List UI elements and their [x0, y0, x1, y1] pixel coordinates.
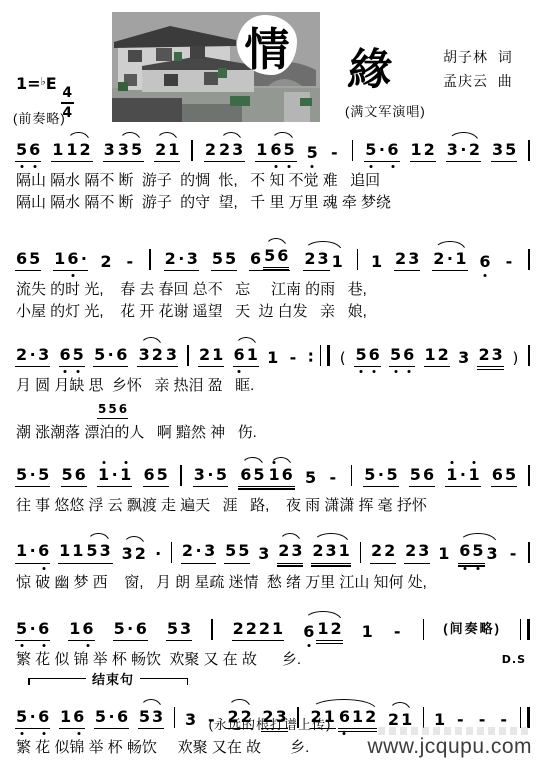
note: 2	[438, 346, 449, 364]
note: 3	[492, 346, 503, 364]
barline	[357, 249, 359, 270]
note: 3	[447, 141, 458, 159]
note-group: 23	[218, 141, 244, 159]
note: 5	[472, 542, 483, 560]
barline	[528, 249, 530, 270]
note: ·	[460, 141, 467, 159]
note: -	[507, 545, 520, 563]
note: 1	[59, 542, 70, 560]
prelude-note: (前奏略)	[13, 108, 66, 127]
note: 6	[38, 542, 49, 560]
note-group: 5·6	[93, 346, 128, 367]
note: 2	[424, 141, 435, 159]
note: 6	[234, 346, 245, 364]
note: 2	[395, 250, 406, 268]
note: 2	[233, 620, 244, 638]
note: 1	[272, 620, 283, 638]
note-group: 55	[224, 542, 250, 563]
note: 3	[291, 542, 302, 560]
note-group: 65	[491, 466, 517, 487]
note: 6	[144, 466, 155, 484]
note: ·	[155, 545, 162, 563]
annotation: (间奏略)	[443, 618, 501, 637]
note: 6	[369, 346, 380, 364]
note-group: 23	[404, 542, 430, 563]
sheet-music-page: 1=♭E44 (前奏略) 情 緣 胡	[0, 0, 540, 760]
note: 1	[52, 141, 63, 159]
note-group: 335	[103, 141, 144, 162]
note: -	[326, 469, 339, 487]
barline	[528, 465, 530, 486]
note: 5	[108, 402, 116, 416]
note: 5	[212, 250, 223, 268]
note: 6	[282, 466, 293, 484]
note-group: 12	[410, 141, 436, 162]
barline	[352, 140, 354, 161]
note-group: 16·	[53, 250, 88, 271]
note: 1	[16, 542, 27, 560]
note-group: 22	[370, 542, 396, 563]
music-system: 56112335212231655-5·6123·235隔山 隔水 隔不 断 游…	[12, 130, 534, 213]
site-watermark: www.jcqupu.com	[367, 735, 532, 759]
notation-row: 6516·2-2·3556562311232·16-	[12, 237, 534, 278]
note: 5	[355, 346, 366, 364]
note: 5	[238, 542, 249, 560]
note-group: 612	[302, 620, 343, 641]
note-group: 56	[354, 346, 380, 367]
note-group: 56	[15, 141, 41, 162]
note: 1	[247, 346, 258, 364]
note-group: 5·6	[113, 620, 148, 641]
note-group: 65	[15, 250, 41, 271]
note-group: 23	[477, 346, 503, 367]
note: 6	[423, 466, 434, 484]
note-group: 32	[138, 346, 164, 364]
note-group: 61	[233, 346, 259, 367]
note: 5	[157, 466, 168, 484]
lyricist-credit: 胡子林 词	[443, 47, 513, 67]
key-note: E	[46, 74, 57, 93]
note: 5	[364, 466, 375, 484]
ending-label: 结束句	[86, 669, 140, 688]
note: 3	[418, 542, 429, 560]
note: 1	[317, 620, 328, 638]
note: 5	[86, 542, 97, 560]
notation-row: 2·3655·632321611-∶(565612323)	[12, 335, 534, 374]
note: 5	[284, 141, 295, 159]
note: 6	[29, 141, 40, 159]
note: 3	[122, 545, 133, 563]
note-group: 1·1	[97, 466, 132, 487]
note: 6	[240, 466, 251, 484]
barline	[149, 249, 151, 270]
note: 6	[303, 623, 314, 641]
note: 6	[479, 253, 490, 271]
note-group: 16	[268, 466, 294, 484]
note: 5	[16, 141, 27, 159]
note: 2	[165, 250, 176, 268]
note-group: 55	[211, 250, 237, 271]
note: 5	[98, 402, 106, 416]
note-group: 35	[117, 141, 143, 159]
note-group: 231	[302, 250, 343, 271]
note: 3	[187, 250, 198, 268]
note-group: 56	[389, 346, 415, 367]
note-group: 65	[239, 466, 265, 484]
note: 2	[278, 542, 289, 560]
note-group: 223	[204, 141, 245, 162]
fraction-line	[61, 102, 74, 104]
notation-row: 1·6115332·2·35532323122231653-	[12, 532, 534, 571]
note: 2	[469, 141, 480, 159]
note-group: 16	[68, 620, 94, 641]
note: 2	[205, 141, 216, 159]
note-group: 23	[303, 250, 329, 271]
lyrics-row: 小屋 的灯 光, 花 开 花谢 遥望 天 边 白发 亲 娘,	[16, 303, 534, 322]
note: ·	[446, 250, 453, 268]
barline	[320, 345, 330, 366]
note-group: 35	[491, 141, 517, 162]
music-system: 5·5561·1653·565165-5·5561·165往 事 悠悠 浮 云 …	[12, 455, 534, 516]
note: -	[391, 623, 404, 641]
music-system: 5·6165·65322216121-(间奏略)繁 花 似 锦 举 杯 畅饮 欢…	[12, 608, 534, 670]
note: 2	[219, 141, 230, 159]
barline	[520, 619, 530, 640]
note: 1	[66, 141, 77, 159]
key-eq: 1=	[16, 74, 41, 93]
note-group: 653	[457, 542, 498, 563]
note: 2	[330, 620, 341, 638]
note: 1	[362, 623, 373, 641]
lyrics-row: 潮 涨潮落 漂泊的人 啊 黯然 神 伤.	[16, 424, 534, 443]
note-group: 23	[277, 542, 303, 563]
note: 2	[155, 141, 166, 159]
note-group: 323	[137, 346, 178, 367]
note: 3	[317, 250, 328, 268]
note: 1	[54, 250, 65, 268]
note-group: 1·6	[15, 542, 50, 563]
note-group: 5·6	[15, 620, 50, 641]
note: 6	[116, 346, 127, 364]
note-group: 23	[394, 250, 420, 271]
note: 6	[277, 247, 288, 265]
note-group: 21	[154, 141, 180, 162]
note: 3	[194, 466, 205, 484]
note-group: 1153	[58, 542, 113, 563]
note-group: 65	[143, 466, 169, 487]
note: 2	[246, 620, 257, 638]
note: 1	[339, 542, 350, 560]
note: 5	[16, 620, 27, 638]
note: 2	[199, 346, 210, 364]
note: 6	[387, 141, 398, 159]
note: ·	[111, 466, 118, 484]
note-group: 65	[458, 542, 484, 563]
note: 2	[16, 346, 27, 364]
note-group: 112	[51, 141, 92, 162]
note: 2	[433, 250, 444, 268]
note-group: 65	[59, 346, 85, 367]
note: 5	[390, 346, 401, 364]
lyrics-row: 往 事 悠悠 浮 云 飘渡 走 遍天 涯 路, 夜 雨 潇潇 挥 毫 抒怀	[16, 497, 534, 516]
note: 1	[69, 620, 80, 638]
note-group: 3·2	[446, 141, 481, 162]
note: 1	[468, 466, 479, 484]
note: 3	[118, 141, 129, 159]
performer-note: (满文军演唱)	[345, 101, 426, 120]
lyrics-row: 月 圆 月缺 思 乡怀 亲 热泪 盈 眶.	[16, 377, 534, 396]
note: -	[328, 144, 341, 162]
note: 3	[258, 545, 269, 563]
barline	[211, 619, 213, 640]
note-group: 5·6	[364, 141, 399, 162]
note: 2	[384, 542, 395, 560]
barline	[528, 542, 530, 563]
note-group: 56	[409, 466, 435, 487]
note-group: 53	[166, 620, 192, 641]
note: 5	[307, 144, 318, 162]
barline	[528, 140, 530, 161]
note: 3	[458, 349, 469, 367]
note: 1	[446, 466, 457, 484]
music-system: 1·6115332·2·35532323122231653-惊 破 幽 梦 西 …	[12, 532, 534, 593]
note: ·	[29, 542, 36, 560]
note: 1	[120, 466, 131, 484]
note-group: 231	[311, 542, 350, 563]
note: -	[123, 253, 136, 271]
note: ·	[29, 346, 36, 364]
note-group: 2·3	[15, 346, 50, 367]
note: ·	[29, 620, 36, 638]
note: 5	[216, 466, 227, 484]
note: 5	[114, 620, 125, 638]
note: 6	[250, 250, 261, 268]
note: )	[512, 350, 519, 367]
note: 2	[100, 253, 111, 271]
note: 5	[16, 466, 27, 484]
note: 2	[405, 542, 416, 560]
note-group: 2·1	[432, 250, 467, 271]
note: 1	[256, 141, 267, 159]
notation-row: 5·6165·65322216121-(间奏略)	[12, 608, 534, 648]
note-group: 65	[269, 141, 295, 159]
note: 1	[438, 545, 449, 563]
note-group: 5·5	[363, 466, 398, 487]
note: 5	[29, 250, 40, 268]
note: 6	[67, 250, 78, 268]
note: 5	[225, 250, 236, 268]
barline	[187, 345, 189, 366]
note: 6	[38, 620, 49, 638]
notation-row: 5·5561·1653·565165-5·5561·165	[12, 455, 534, 494]
note: 2	[182, 542, 193, 560]
note: 5	[62, 466, 73, 484]
note-group: 2·3	[181, 542, 216, 563]
note: ·	[195, 542, 202, 560]
note: 5	[253, 466, 264, 484]
barline	[171, 542, 173, 563]
note-group: 165	[255, 141, 296, 162]
note: 5	[386, 466, 397, 484]
barline	[528, 345, 530, 366]
note: (	[339, 350, 346, 367]
lyrics-row: 繁 花 似 锦 举 杯 畅饮 欢聚 又 在 故 乡.	[16, 651, 534, 670]
note: 1	[168, 141, 179, 159]
note-group: 12	[424, 346, 450, 367]
composer-credit: 孟庆云 曲	[443, 71, 513, 91]
note: 6	[75, 466, 86, 484]
note: 6	[136, 620, 147, 638]
lyrics-row: 惊 破 幽 梦 西 窗, 月 朗 星疏 迷情 愁 绪 万里 江山 知何 处,	[16, 574, 534, 593]
inserted-notes: 556	[96, 396, 534, 421]
note: ·	[80, 250, 87, 268]
note: 3	[204, 542, 215, 560]
note: ·	[207, 466, 214, 484]
note: 1	[212, 346, 223, 364]
note: 5	[225, 542, 236, 560]
note-group: 32	[121, 545, 147, 563]
faint-watermark	[378, 727, 528, 735]
note: 5	[94, 346, 105, 364]
note: 5	[167, 620, 178, 638]
note: 1	[411, 141, 422, 159]
note: 5	[131, 141, 142, 159]
note: 6	[459, 542, 470, 560]
ending-bracket: 结束句	[28, 678, 188, 687]
music-system: 6516·2-2·3556562311232·16-流失 的时 光, 春 去 春…	[12, 237, 534, 322]
note: 1	[72, 542, 83, 560]
note: 3	[100, 542, 111, 560]
barline	[423, 619, 425, 640]
note: 3	[408, 250, 419, 268]
time-top: 4	[62, 85, 72, 101]
note: 3	[180, 620, 191, 638]
note: 1	[267, 349, 278, 367]
note-group: 556	[97, 402, 128, 419]
note-group: 21	[198, 346, 224, 367]
title-character-qing: 情	[237, 15, 297, 75]
note: 3	[325, 542, 336, 560]
note: 5	[38, 466, 49, 484]
barline	[180, 465, 182, 486]
note: 1	[98, 466, 109, 484]
note: ·	[127, 620, 134, 638]
note: 2	[80, 141, 91, 159]
note-group: 53	[85, 542, 111, 560]
note-group: 656	[249, 247, 290, 271]
note: -	[286, 349, 299, 367]
note: 1	[332, 253, 343, 271]
note: 3	[139, 346, 150, 364]
note: -	[502, 253, 515, 271]
note-group: 2·3	[164, 250, 199, 271]
note: 2	[478, 346, 489, 364]
note: 5	[73, 346, 84, 364]
note: 6	[119, 402, 127, 416]
note: 6	[82, 620, 93, 638]
lyrics-row: 流失 的时 光, 春 去 春回 总不 忘 江南 的雨 巷,	[16, 281, 534, 300]
note-group: 1·1	[445, 466, 480, 487]
note: 3	[166, 346, 177, 364]
note: ·	[459, 466, 466, 484]
note: 5	[505, 141, 516, 159]
note: 1	[455, 250, 466, 268]
barline	[191, 140, 193, 161]
title-character-yuan: 緣	[346, 36, 395, 97]
note: 1	[371, 253, 382, 271]
note-group: 12	[316, 620, 342, 641]
note: 1	[269, 466, 280, 484]
note: 6	[492, 466, 503, 484]
note: 2	[259, 620, 270, 638]
note: ∶	[308, 349, 314, 367]
music-system: 2·3655·632321611-∶(565612323)月 圆 月缺 思 乡怀…	[12, 335, 534, 443]
note-group: 6516	[238, 466, 295, 487]
notation-row: 56112335212231655-5·6123·235	[12, 130, 534, 169]
note: 2	[371, 542, 382, 560]
barline	[351, 465, 353, 486]
barline	[360, 542, 362, 563]
note: 6	[16, 250, 27, 268]
note: ·	[29, 466, 36, 484]
note: 5	[264, 247, 275, 265]
score-area: 56112335212231655-5·6123·235隔山 隔水 隔不 断 游…	[12, 130, 534, 758]
note: 2	[135, 545, 146, 563]
note: ·	[178, 250, 185, 268]
note: 6	[60, 346, 71, 364]
note: ·	[377, 466, 384, 484]
note-group: 3·5	[193, 466, 228, 487]
note-group: 56	[61, 466, 87, 487]
note: 5	[305, 469, 316, 487]
note-group: 56	[263, 247, 289, 268]
note: 5	[410, 466, 421, 484]
note: 3	[232, 141, 243, 159]
note-group: 12	[65, 141, 91, 159]
note-group: 5·5	[15, 466, 50, 487]
note: 6	[270, 141, 281, 159]
note: 5	[365, 141, 376, 159]
note: 3	[38, 346, 49, 364]
note: ·	[378, 141, 385, 159]
note: 2	[152, 346, 163, 364]
note: 2	[304, 250, 315, 268]
ds-mark: D.S	[502, 653, 526, 666]
lyrics-row: 隔山 隔水 隔不 断 游子 的惆 怅, 不 知 不觉 难 追回	[16, 172, 534, 191]
note: 6	[403, 346, 414, 364]
lyrics-row: 隔山 隔水 隔不 断 游子 的守 望, 千 里 万里 魂 牵 梦绕	[16, 194, 534, 213]
note: 3	[104, 141, 115, 159]
note-group: 2221	[232, 620, 285, 641]
note: 3	[492, 141, 503, 159]
note: 2	[312, 542, 323, 560]
note: 1	[425, 346, 436, 364]
note: ·	[107, 346, 114, 364]
note: 5	[505, 466, 516, 484]
note: 3	[487, 545, 498, 563]
